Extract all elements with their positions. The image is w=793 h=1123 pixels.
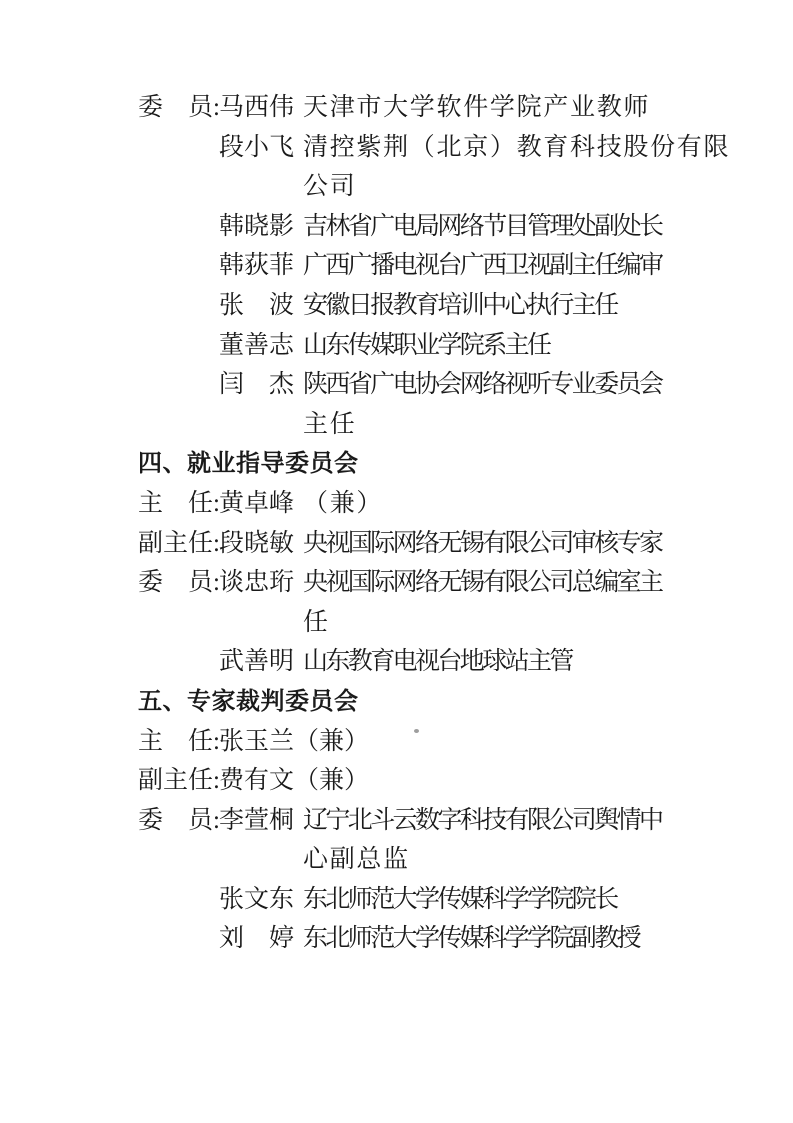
continuation-row: 心副总监: [0, 840, 793, 880]
role-label: 委 员:: [138, 563, 219, 603]
member-name-and-note: 费有文（兼）: [219, 761, 793, 801]
document-page: 委 员:马西伟天津市大学软件学院产业教师段小飞清控紫荆（北京）教育科技股份有限公…: [0, 0, 793, 1123]
member-name: 武善明: [219, 642, 303, 682]
role-label: 副主任:: [138, 761, 219, 801]
role-label: 副主任:: [138, 524, 219, 564]
member-name: 段晓敏: [219, 524, 303, 564]
member-affiliation: 心副总监: [303, 840, 793, 880]
role-label: 主 任:: [138, 722, 219, 762]
continuation-row: 任: [0, 603, 793, 643]
member-affiliation: 辽宁北斗云数字科技有限公司舆情中: [303, 801, 793, 841]
member-affiliation: 吉林省广电局网络节目管理处副处长: [303, 207, 793, 247]
member-row: 委 员:李萱桐辽宁北斗云数字科技有限公司舆情中: [0, 801, 793, 841]
member-row: 副主任:段晓敏央视国际网络无锡有限公司审核专家: [0, 524, 793, 564]
member-row: 董善志山东传媒职业学院系主任: [0, 326, 793, 366]
member-row: 闫 杰陕西省广电协会网络视听专业委员会: [0, 365, 793, 405]
member-row: 刘 婷东北师范大学传媒科学学院副教授: [0, 919, 793, 959]
member-affiliation: （兼）: [303, 484, 793, 524]
member-affiliation: 公司: [303, 167, 793, 207]
member-row: 张文东东北师范大学传媒科学学院院长: [0, 880, 793, 920]
section-heading-text: 四、就业指导委员会: [138, 444, 793, 484]
member-affiliation: 天津市大学软件学院产业教师: [303, 88, 793, 128]
member-affiliation: 央视国际网络无锡有限公司审核专家: [303, 524, 793, 564]
member-name-and-note: 张玉兰（兼）: [219, 722, 793, 762]
document-body: 委 员:马西伟天津市大学软件学院产业教师段小飞清控紫荆（北京）教育科技股份有限公…: [0, 88, 793, 959]
member-affiliation: 任: [303, 603, 793, 643]
continuation-row: 公司: [0, 167, 793, 207]
member-affiliation: 东北师范大学传媒科学学院院长: [303, 880, 793, 920]
member-row: 韩晓影吉林省广电局网络节目管理处副处长: [0, 207, 793, 247]
member-name: 李萱桐: [219, 801, 303, 841]
member-name: 张 波: [219, 286, 303, 326]
member-affiliation: 广西广播电视台广西卫视副主任编审: [303, 246, 793, 286]
role-label: 委 员:: [138, 801, 219, 841]
member-affiliation: 陕西省广电协会网络视听专业委员会: [303, 365, 793, 405]
member-name: 段小飞: [219, 128, 303, 168]
member-affiliation: 山东教育电视台地球站主管: [303, 642, 793, 682]
role-label: 主 任:: [138, 484, 219, 524]
section-heading-text: 五、专家裁判委员会: [138, 682, 793, 722]
member-affiliation: 安徽日报教育培训中心执行主任: [303, 286, 793, 326]
member-name: 刘 婷: [219, 919, 303, 959]
member-name: 谈忠珩: [219, 563, 303, 603]
member-affiliation: 山东传媒职业学院系主任: [303, 326, 793, 366]
scan-speck: [414, 729, 419, 733]
member-row: 张 波安徽日报教育培训中心执行主任: [0, 286, 793, 326]
member-row: 副主任:费有文（兼）: [0, 761, 793, 801]
member-name: 韩荻菲: [219, 246, 303, 286]
member-name: 韩晓影: [219, 207, 303, 247]
member-row: 委 员:马西伟天津市大学软件学院产业教师: [0, 88, 793, 128]
member-row: 主 任:张玉兰（兼）: [0, 722, 793, 762]
continuation-row: 主任: [0, 405, 793, 445]
member-affiliation: 清控紫荆（北京）教育科技股份有限: [303, 128, 793, 168]
member-name: 黄卓峰: [219, 484, 303, 524]
member-name: 董善志: [219, 326, 303, 366]
member-affiliation: 东北师范大学传媒科学学院副教授: [303, 919, 793, 959]
member-affiliation: 主任: [303, 405, 793, 445]
member-row: 主 任:黄卓峰（兼）: [0, 484, 793, 524]
member-name: 张文东: [219, 880, 303, 920]
member-row: 段小飞清控紫荆（北京）教育科技股份有限: [0, 128, 793, 168]
member-row: 武善明山东教育电视台地球站主管: [0, 642, 793, 682]
member-row: 委 员:谈忠珩央视国际网络无锡有限公司总编室主: [0, 563, 793, 603]
role-label: 委 员:: [138, 88, 219, 128]
member-name: 闫 杰: [219, 365, 303, 405]
member-row: 韩荻菲广西广播电视台广西卫视副主任编审: [0, 246, 793, 286]
member-affiliation: 央视国际网络无锡有限公司总编室主: [303, 563, 793, 603]
member-name: 马西伟: [219, 88, 303, 128]
section-heading: 四、就业指导委员会: [0, 444, 793, 484]
section-heading: 五、专家裁判委员会: [0, 682, 793, 722]
